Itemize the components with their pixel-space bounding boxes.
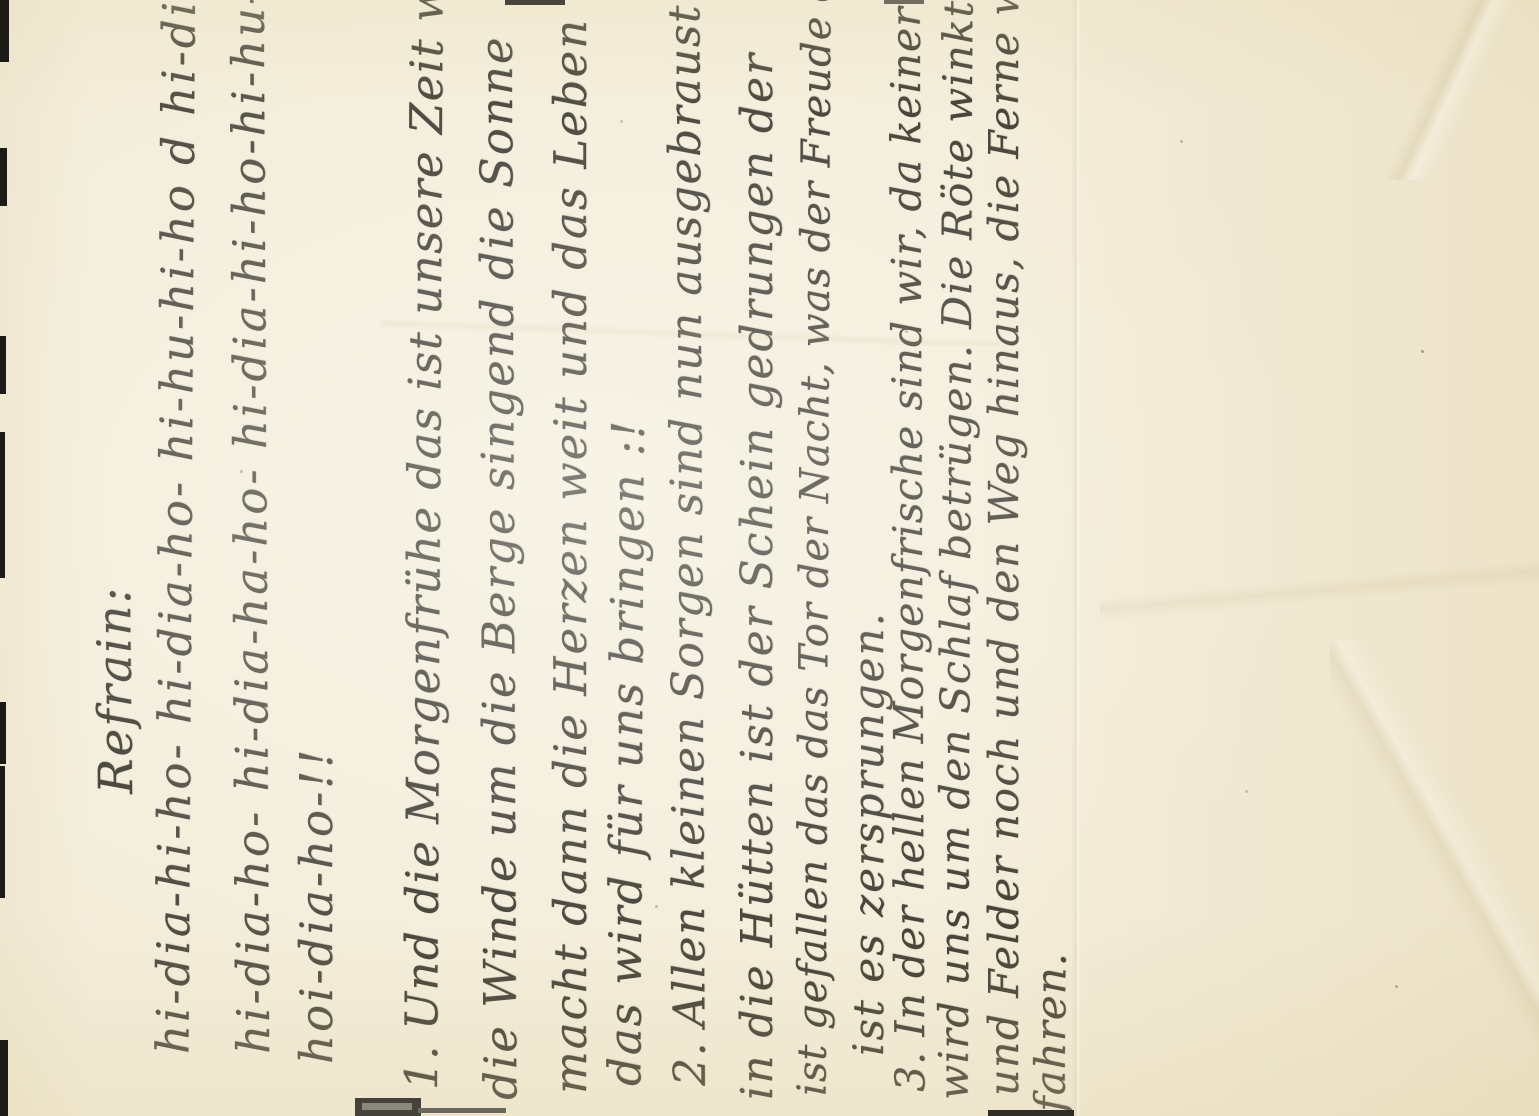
verse-line: in die Hütten ist der Schein gedrungen d…: [732, 52, 783, 1100]
verse-line: fahren.: [1025, 952, 1075, 1112]
verse-text: In der hellen Morgenfrische sind wir, da…: [882, 6, 934, 1037]
verse-line: 3.In der hellen Morgenfrische sind wir, …: [882, 6, 935, 1092]
verse-line: ist gefallen das das Tor der Nacht, was …: [789, 0, 840, 1096]
verse-number: 2.: [665, 1041, 716, 1086]
scan-edge-artifact: [0, 702, 6, 764]
verse-line: macht dann die Herzen weit und das Leben: [544, 18, 597, 1094]
scan-edge-artifact: [0, 0, 9, 62]
verse-line: die Winde um die Berge singend die Sonne: [470, 35, 528, 1100]
refrain-line: hoi-dia-ho-!!: [290, 747, 343, 1064]
verse-line: 2.Allen kleinen Sorgen sind nun ausgebra…: [659, 4, 716, 1086]
scan-edge-artifact: [884, 0, 924, 4]
scan-edge-artifact: [0, 336, 6, 394]
verse-number: 3.: [886, 1051, 934, 1092]
verse-text: Allen kleinen Sorgen sind nun ausgebraus…: [659, 4, 715, 1027]
scan-edge-artifact: [505, 0, 565, 5]
verse-line: und Felder noch und den Weg hinaus, die …: [980, 0, 1028, 1096]
refrain-line: hi-dia-ho- hi-dia-ha-ho- hi-dia-hi-ho-hi…: [221, 0, 280, 1054]
scan-edge-artifact: [0, 432, 5, 578]
verse-line: 1.Und die Morgenfrühe das ist unsere Zei…: [395, 0, 454, 1090]
verse-number: 1.: [395, 1044, 448, 1090]
scan-edge-artifact: [362, 1103, 412, 1110]
verse-text: Und die Morgenfrühe das ist unsere Zeit …: [395, 0, 454, 1030]
verse-line: wird uns um den Schlaf betrügen. Die Röt…: [930, 0, 983, 1100]
verse-line: das wird für uns bringen :!: [598, 419, 654, 1086]
scan-edge-artifact: [418, 1108, 506, 1113]
refrain-line: hi-dia-hi-ho- hi-dia-ho- hi-hu-hi-ho d h…: [146, 0, 206, 1054]
scanned-handwritten-page: Refrain: hi-dia-hi-ho- hi-dia-ho- hi-hu-…: [0, 0, 1539, 1116]
rotated-page-content: Refrain: hi-dia-hi-ho- hi-dia-ho- hi-hu-…: [0, 0, 1539, 1116]
scan-edge-artifact: [0, 1040, 8, 1116]
scan-edge-artifact: [988, 1110, 1074, 1116]
scan-edge-artifact: [0, 148, 7, 206]
scan-edge-artifact: [0, 766, 5, 898]
refrain-heading: Refrain:: [87, 585, 144, 794]
